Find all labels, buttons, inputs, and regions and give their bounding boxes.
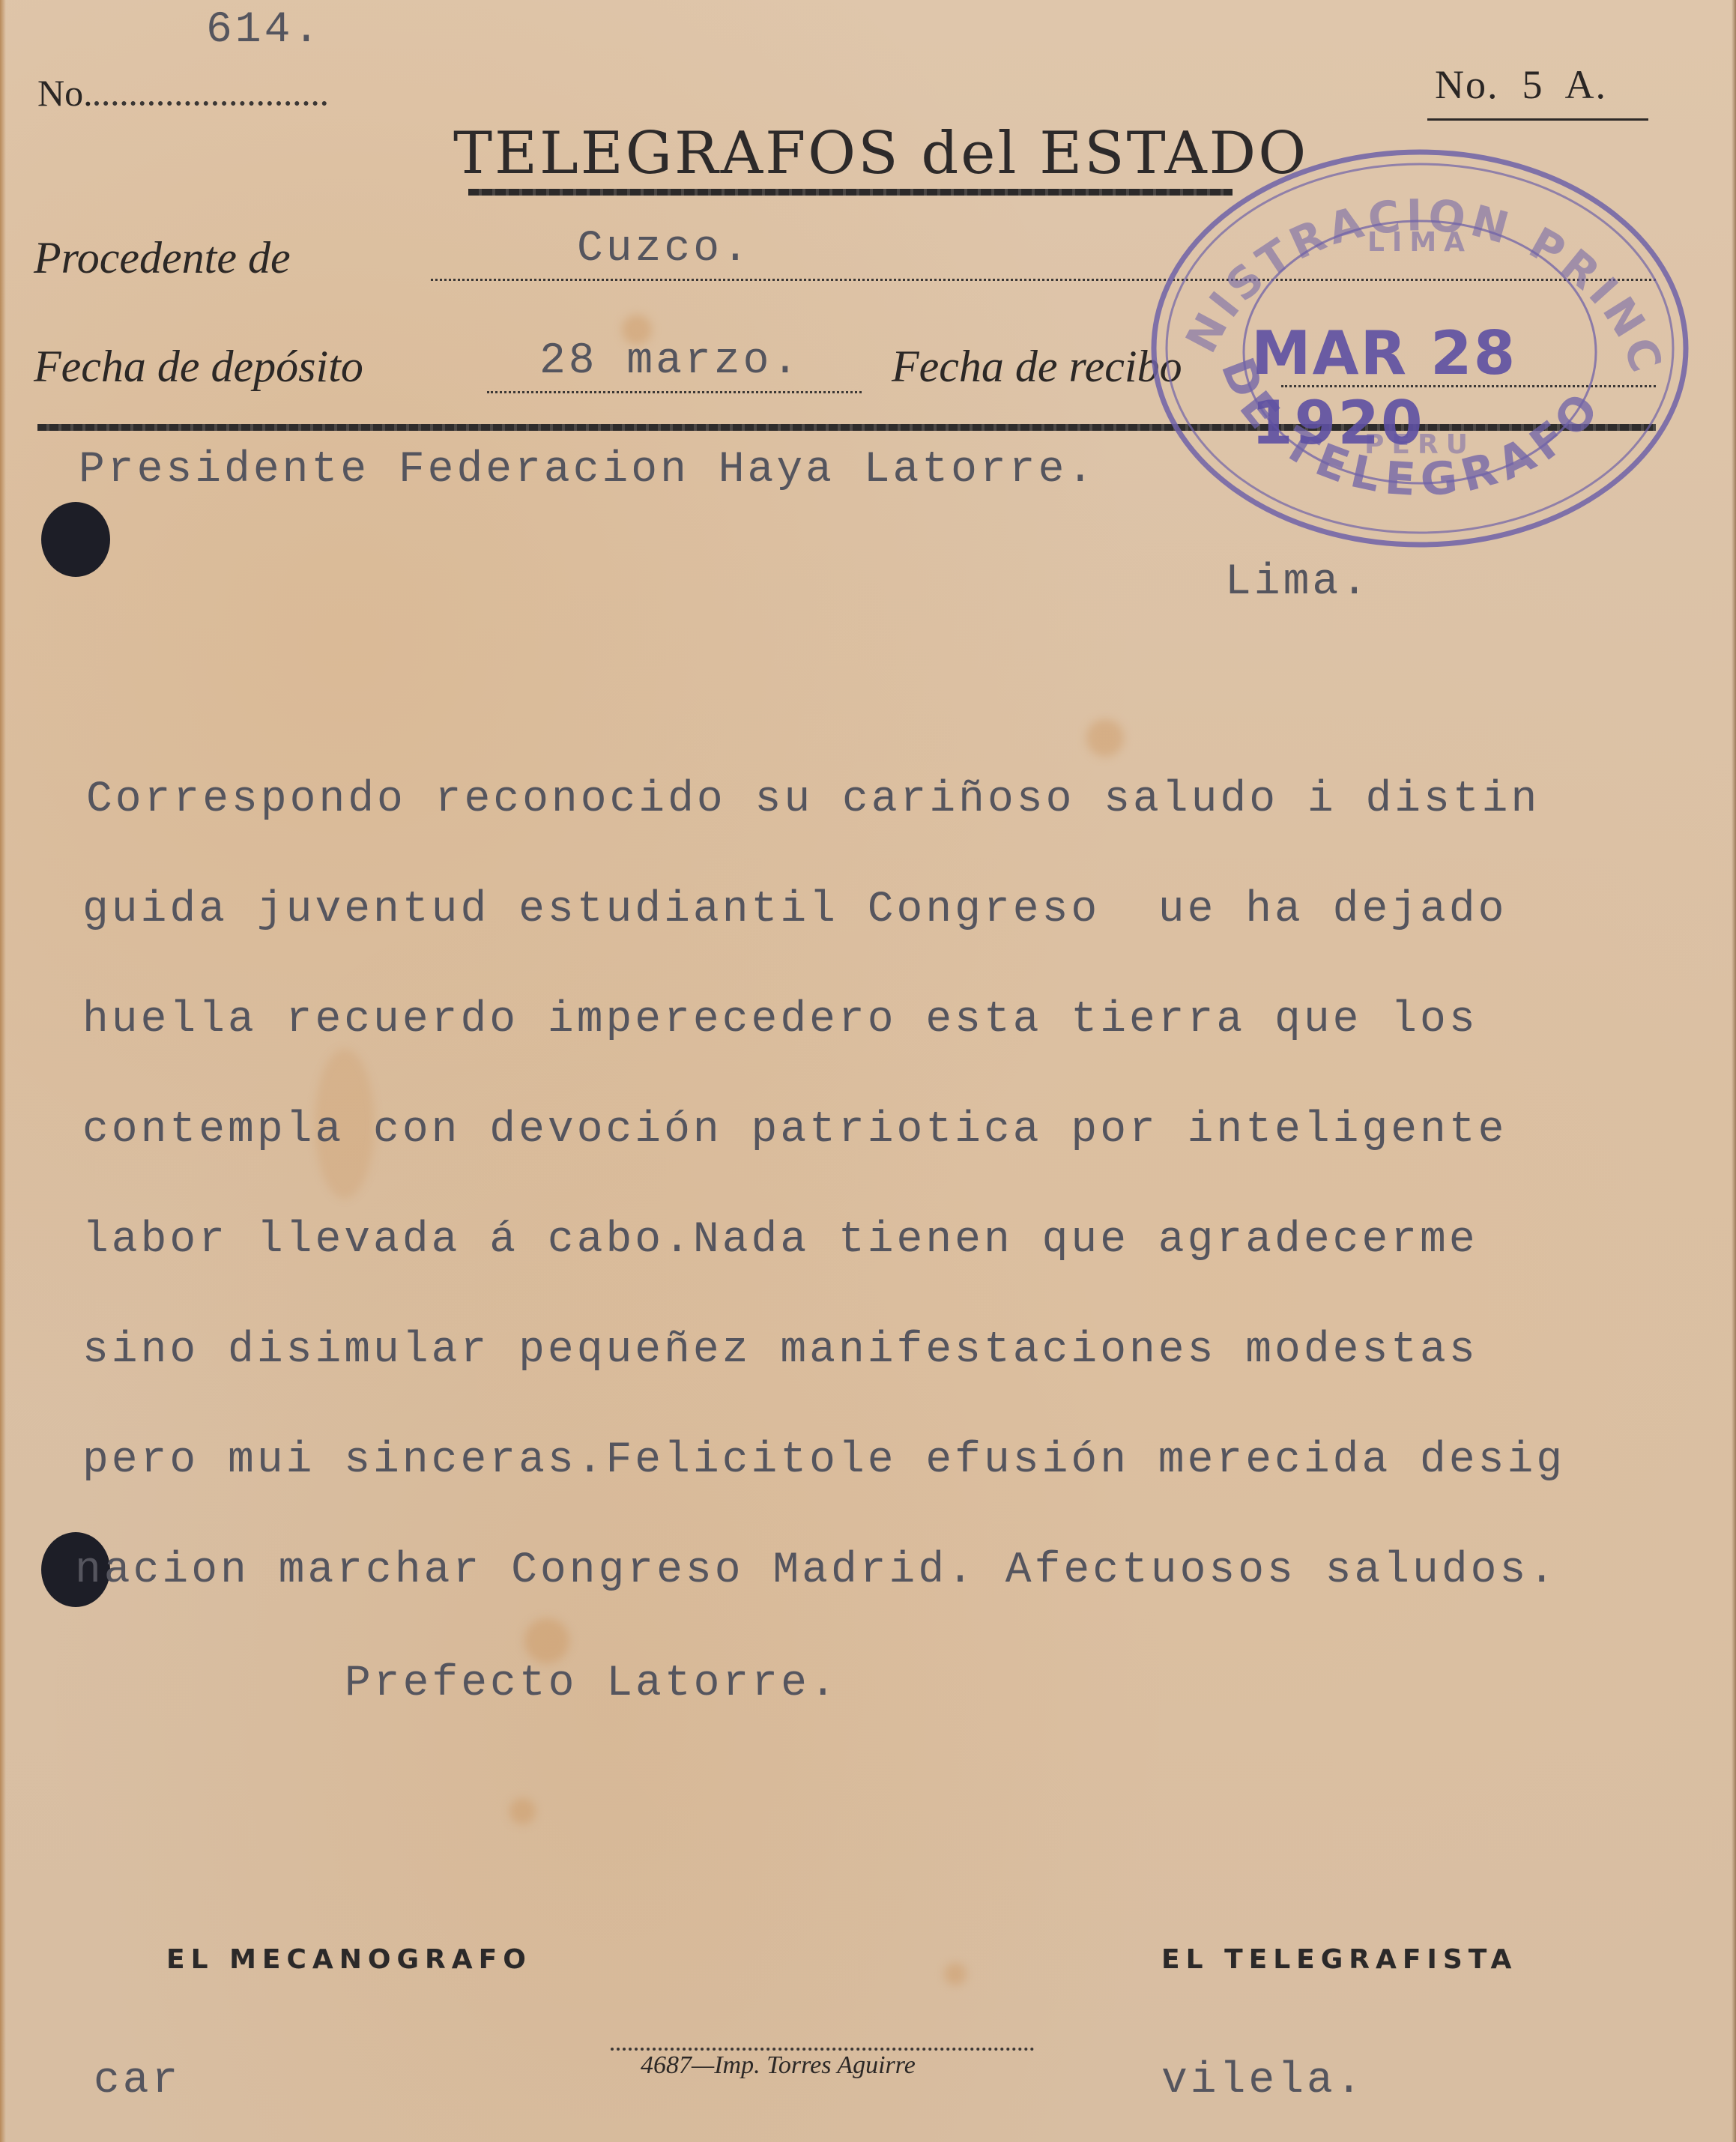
fecha-deposito-label: Fecha de depósito [34,341,363,393]
paper-left-edge [0,0,6,2142]
procedente-label: Procedente de [34,232,291,284]
receipt-stamp: ADMINISTRACION PRINCIPAL DE TELEGRAFOS L… [1139,139,1701,558]
printer-dotted-line [611,2048,1034,2051]
paper-stain [509,1798,536,1824]
telegrapher-label: EL TELEGRAFISTA [1161,1944,1517,1975]
message-line: pero mui sinceras.Felicitole efusión mer… [82,1436,1565,1485]
typist-label: EL MECANOGRAFO [166,1944,532,1975]
message-line: sino disimular pequeñez manifestaciones … [82,1326,1478,1375]
message-line: guida juventud estudiantil Congreso ue h… [82,886,1507,934]
form-number-label: No. [37,72,93,114]
printer-imprint: 4687—Imp. Torres Aguirre [641,2051,916,2080]
addressee-name: Presidente Federacion Haya Latorre. [79,446,1096,494]
paper-stain [944,1963,967,1985]
stamp-inner-top: LIMA [1367,227,1472,258]
signature: Prefecto Latorre. [345,1660,839,1708]
fecha-deposito-value: 28 marzo. [539,337,801,386]
addressee-city: Lima. [1225,558,1370,607]
form-number-field: No. [37,71,327,115]
typist-initials: car [94,2057,181,2105]
paper-stain [1086,719,1124,757]
message-line: nacion marchar Congreso Madrid. Afectuos… [75,1546,1558,1595]
stamp-date: MAR 28 1920 [1251,318,1701,458]
telegrapher-name: vilela. [1161,2057,1365,2105]
form-code: No. 5 A. [1435,61,1607,108]
message-line: labor llevada á cabo.Nada tienen que agr… [82,1216,1478,1265]
fecha-deposito-dotted-line [487,391,862,393]
paper-stain [524,1618,569,1663]
message-line: contempla con devoción patriotica por in… [82,1106,1507,1155]
punch-hole [41,502,110,577]
serial-number: 614. [206,6,322,55]
message-line: huella recuerdo imperecedero esta tierra… [82,996,1478,1044]
message-line: Correspondo reconocido su cariñoso salud… [86,775,1540,824]
form-number-dots [94,94,327,106]
procedente-value: Cuzco. [577,225,751,273]
paper-right-edge [1732,0,1736,2142]
form-code-underline [1427,118,1648,121]
title-underline [468,189,1233,196]
